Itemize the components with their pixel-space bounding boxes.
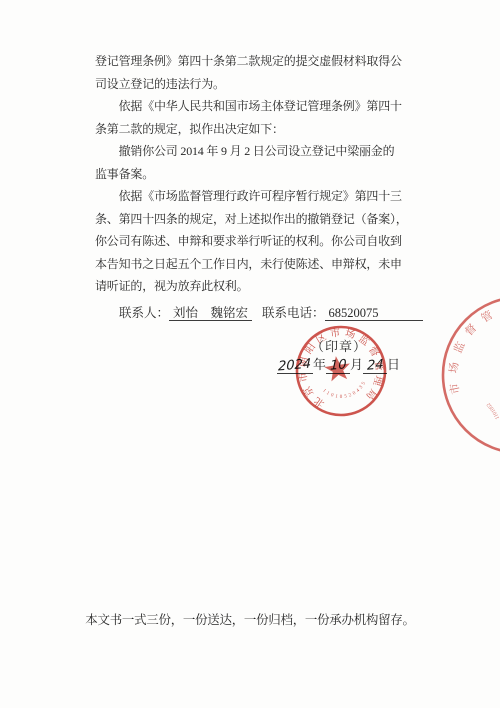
contact-person-label: 联系人： [119, 306, 169, 320]
body-line: 司设立登记的违法行为。 [95, 73, 411, 96]
contact-person-names: 刘怡 魏铭宏 [169, 306, 252, 321]
svg-text:11010520435: 11010520435 [321, 380, 369, 402]
body-line: 依据《市场监督管理行政许可程序暂行规定》第四十三 [95, 185, 411, 208]
contact-phone-label: 联系电话： [262, 306, 325, 320]
body-line: 请听证的，视为放弃此权利。 [95, 275, 411, 298]
svg-text:1101052: 1101052 [486, 401, 500, 420]
document-page: 登记管理条例》第四十条第二款规定的提交虚假材料取得公 司设立登记的违法行为。 依… [0, 0, 500, 708]
body-line: 登记管理条例》第四十条第二款规定的提交虚假材料取得公 [95, 50, 411, 73]
footer-distribution-note: 本文书一式三份，一份送达，一份归档，一份承办机构留存。 [0, 610, 500, 628]
edge-seal-serial-number: 1101052 [486, 401, 500, 420]
body-text: 登记管理条例》第四十条第二款规定的提交虚假材料取得公 司设立登记的违法行为。 依… [95, 50, 411, 298]
official-seal-stamp-icon: 北京市朝阳区市场监督管理局 11010520435 [287, 317, 395, 425]
body-line: 撤销你公司 2014 年 9 月 2 日公司设立登记中梁丽金的 [95, 140, 411, 163]
body-line: 监事备案。 [95, 163, 411, 186]
body-line: 条第二款的规定，拟作出决定如下： [95, 118, 411, 141]
seal-star-icon [323, 354, 352, 382]
seal-serial-number: 11010520435 [321, 380, 369, 402]
body-line: 条、第四十四条的规定，对上述拟作出的撤销登记（备案）， [95, 208, 411, 231]
body-line: 本告知书之日起五个工作日内，未行使陈述、申辩权，未申 [95, 253, 411, 276]
body-line: 依据《中华人民共和国市场主体登记管理条例》第四十 [95, 95, 411, 118]
edge-seal-stamp-icon: 市场监督管理局 1101052 [436, 298, 500, 483]
body-line: 你公司有陈述、申辩和要求举行听证的权利。你公司自收到 [95, 230, 411, 253]
